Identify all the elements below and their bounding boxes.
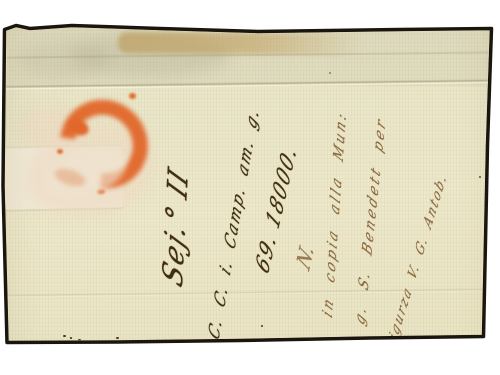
paper-vignette [0, 0, 500, 375]
photo-background: Sej.° II C. C. i. Camp. am. g. 69. 18000… [0, 0, 500, 375]
paper-surface: Sej.° II C. C. i. Camp. am. g. 69. 18000… [0, 0, 500, 375]
